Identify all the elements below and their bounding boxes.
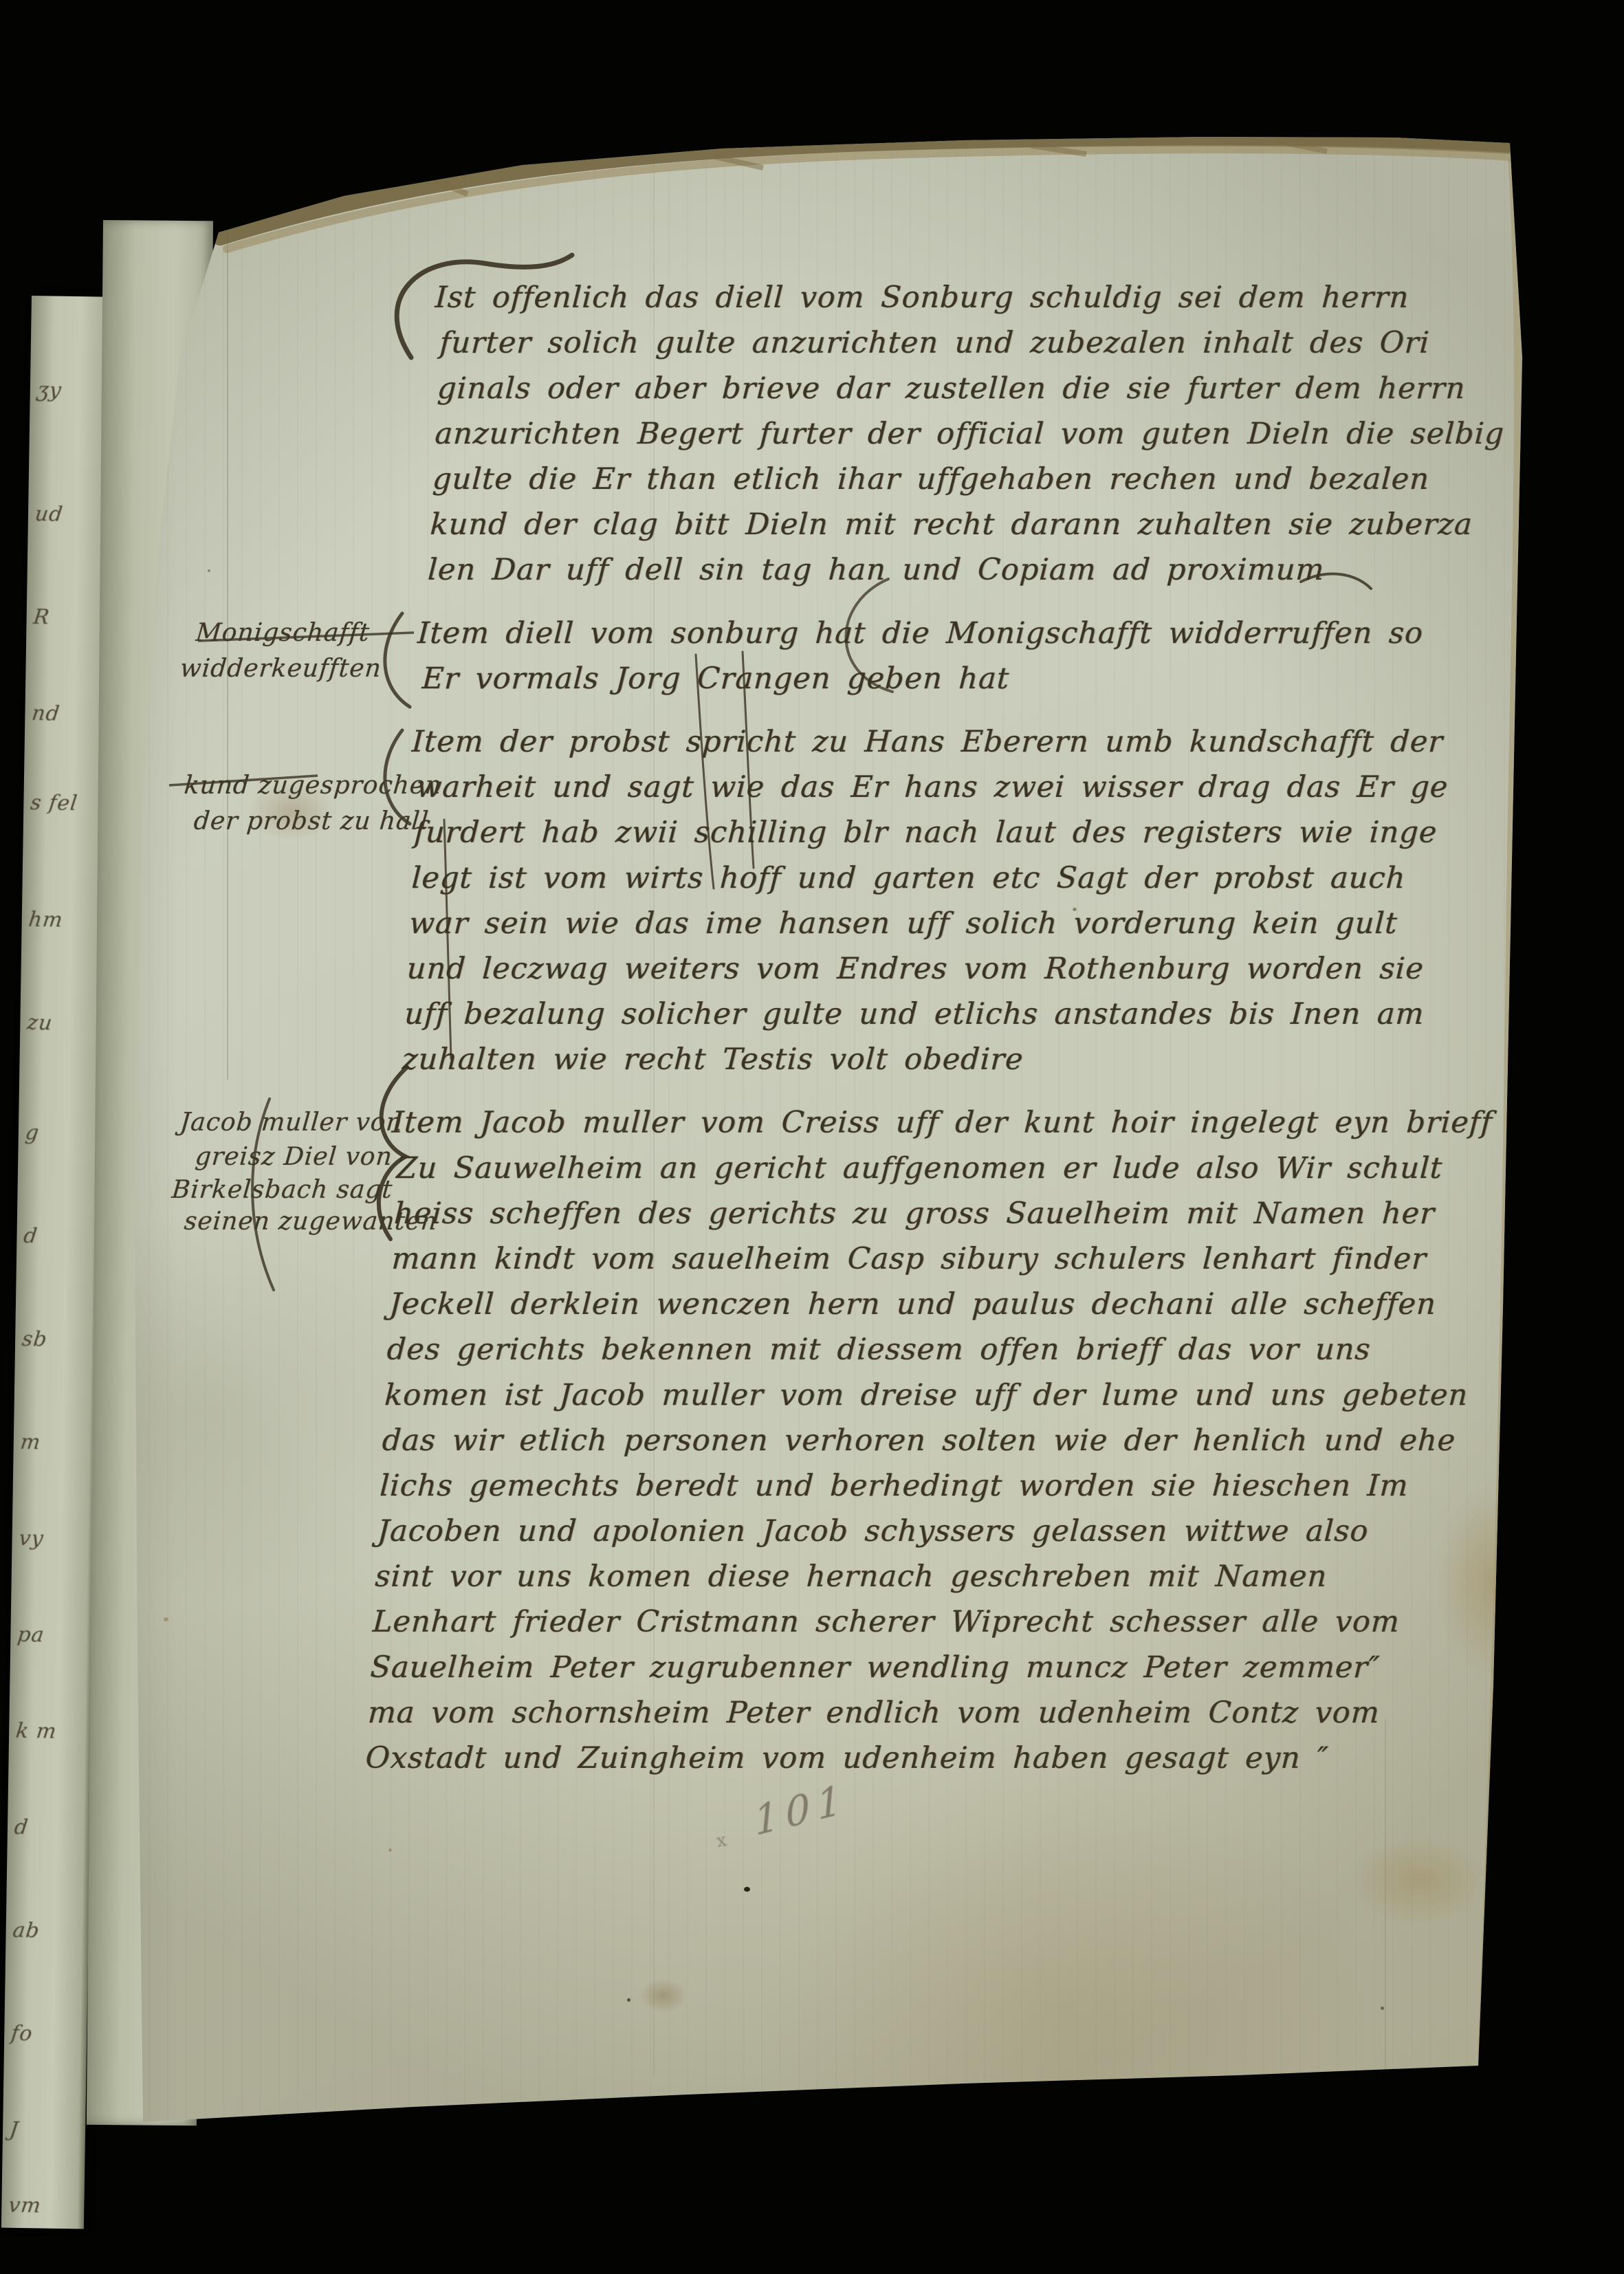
manuscript-text-line: Sauelheim Peter zugrubenner wendling mun… bbox=[369, 1645, 1447, 1690]
ink-fleck bbox=[627, 1998, 630, 2002]
manuscript-text-line: kund der clag bitt Dieln mit recht daran… bbox=[429, 502, 1507, 547]
previous-page-letter-fragment: g bbox=[24, 1121, 41, 1145]
previous-page-letter-fragment: hm bbox=[28, 908, 65, 932]
previous-page-letter-fragment: nd bbox=[30, 701, 61, 726]
margin-note-line: Jacob muller von bbox=[179, 1108, 404, 1137]
margin-note-line: widderkeufften bbox=[179, 655, 382, 683]
previous-page-letter-fragment: zu bbox=[25, 1011, 54, 1036]
torn-top-edge-fiber bbox=[227, 149, 1511, 249]
paragraph-flourish bbox=[385, 613, 410, 707]
manuscript-text-line: Lenhart frieder Cristmann scherer Wiprec… bbox=[371, 1599, 1449, 1645]
margin-note-line: Monigschafft bbox=[195, 619, 371, 647]
manuscript-text-line: heiss scheffen des gerichts zu gross Sau… bbox=[393, 1191, 1471, 1236]
manuscript-text-line: Jeckell derklein wenczen hern und paulus… bbox=[388, 1282, 1467, 1327]
manuscript-text-line: len Dar uff dell sin tag han und Copiam … bbox=[426, 547, 1504, 593]
previous-page-letter-fragment: s fel bbox=[29, 791, 79, 816]
manuscript-photo: ʒyudRnds felhmzugdsbmvypak mdabfoJvm bbox=[0, 0, 1624, 2274]
ink-fleck bbox=[208, 569, 210, 572]
manuscript-text-line: mann kindt vom sauelheim Casp sibury sch… bbox=[391, 1236, 1469, 1282]
manuscript-text-line: Zu Sauwelheim an gericht auffgenomen er … bbox=[395, 1146, 1473, 1191]
manuscript-text-line: Item der probst spricht zu Hans Eberern … bbox=[410, 719, 1495, 765]
stain-spot bbox=[164, 1617, 168, 1621]
previous-page-letter-fragment: vm bbox=[7, 2194, 43, 2218]
manuscript-text-line: Item diell vom sonburg hat die Monigscha… bbox=[417, 611, 1502, 656]
previous-page-letter-fragment: ud bbox=[34, 502, 65, 527]
manuscript-text-line: und leczwag weiters vom Endres vom Rothe… bbox=[406, 946, 1484, 992]
previous-page-letter-fragment: d bbox=[13, 1815, 30, 1839]
previous-page-letter-fragment: sb bbox=[21, 1327, 49, 1352]
margin-note-line: der probst zu hall bbox=[193, 807, 430, 835]
manuscript-text-line: das wir etlich personen verhoren solten … bbox=[381, 1418, 1459, 1463]
manuscript-text-line: war sein wie das ime hansen uff solich v… bbox=[408, 901, 1486, 946]
manuscript-text-line: ma vom schornsheim Peter endlich vom ude… bbox=[366, 1690, 1445, 1736]
margin-note-line: Birkelsbach sagt bbox=[171, 1176, 394, 1204]
margin-note-line: greisz Diel von bbox=[194, 1143, 393, 1171]
manuscript-text-line: Oxstadt und Zuingheim vom udenheim haben… bbox=[364, 1736, 1442, 1781]
pencil-check-mark: x bbox=[715, 1830, 729, 1852]
manuscript-text-line: anzurichten Begert furter der official v… bbox=[434, 411, 1512, 457]
stain-spot bbox=[388, 1848, 392, 1852]
torn-top-edge bbox=[220, 138, 1513, 237]
previous-page-letter-fragment: J bbox=[8, 2118, 20, 2142]
manuscript-page: Ist offenlich das diell vom Sonburg schu… bbox=[0, 0, 1624, 2274]
manuscript-text-line: furdert hab zwii schilling blr nach laut… bbox=[413, 810, 1491, 855]
previous-page-letter-fragment: R bbox=[32, 605, 52, 629]
previous-page-letter-fragment: m bbox=[19, 1430, 43, 1454]
previous-page-letter-fragment: ʒy bbox=[36, 378, 63, 403]
manuscript-text-line: ginals oder aber brieve dar zustellen di… bbox=[436, 366, 1514, 411]
manuscript-text-line: Er vormals Jorg Crangen geben hat bbox=[421, 656, 1499, 701]
ink-fleck bbox=[1381, 2007, 1384, 2010]
manuscript-text-line: lichs gemechts beredt und berhedingt wor… bbox=[379, 1463, 1457, 1509]
torn-edge-fiber bbox=[426, 142, 1327, 194]
manuscript-text-line: sint vor uns komen diese hernach geschre… bbox=[374, 1554, 1452, 1599]
manuscript-text-line: legt ist vom wirts hoff und garten etc S… bbox=[410, 855, 1489, 901]
previous-page-letter-fragment: fo bbox=[10, 2022, 34, 2046]
margin-note-line: kund zugesprochen bbox=[183, 772, 443, 800]
manuscript-text-line: Jacoben und apolonien Jacob schyssers ge… bbox=[376, 1509, 1454, 1554]
previous-page-letter-fragment: vy bbox=[17, 1527, 45, 1551]
manuscript-text-line: warheit und sagt wie das Er hans zwei wi… bbox=[415, 765, 1493, 810]
previous-page-letter-fragment: ab bbox=[12, 1918, 41, 1943]
manuscript-text-line: uff bezalung solicher gulte und etlichs … bbox=[404, 992, 1482, 1037]
manuscript-text-line: Ist offenlich das diell vom Sonburg schu… bbox=[434, 275, 1519, 320]
previous-page-letter-fragment: k m bbox=[14, 1719, 58, 1744]
ink-fleck bbox=[1073, 908, 1077, 911]
manuscript-text-block: Ist offenlich das diell vom Sonburg schu… bbox=[364, 257, 1520, 1781]
previous-page-letter-fragment: pa bbox=[16, 1623, 45, 1648]
manuscript-text-line: komen ist Jacob muller vom dreise uff de… bbox=[384, 1373, 1462, 1418]
folio-number: 101 bbox=[752, 1775, 851, 1846]
paper-crease bbox=[227, 151, 228, 1080]
margin-note-line: seinen zugewanten bbox=[183, 1207, 439, 1236]
previous-page-letter-fragment: d bbox=[22, 1224, 39, 1248]
manuscript-text-line: zuhalten wie recht Testis volt obedire bbox=[401, 1037, 1479, 1082]
manuscript-text-line: des gerichts bekennen mit diessem offen … bbox=[386, 1327, 1464, 1373]
ink-fleck bbox=[744, 1887, 750, 1892]
manuscript-text-line: Item Jacob muller vom Creiss uff der kun… bbox=[391, 1100, 1475, 1146]
manuscript-text-line: gulte die Er than etlich ihar uffgehaben… bbox=[431, 457, 1509, 502]
manuscript-text-line: furter solich gulte anzurichten und zube… bbox=[439, 320, 1517, 366]
